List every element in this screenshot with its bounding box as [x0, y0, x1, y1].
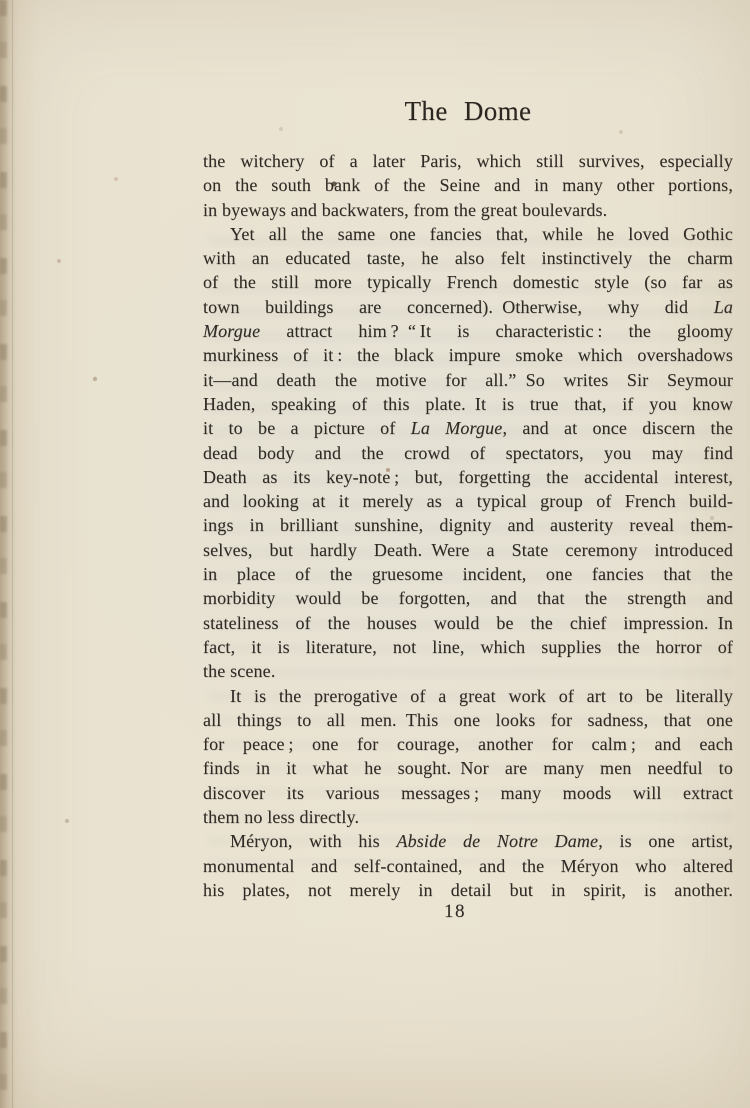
- text-line: and looking at it merely as a typical gr…: [203, 489, 733, 513]
- text-line: them no less directly.: [203, 805, 733, 829]
- text-line: his plates, not merely in detail but in …: [203, 878, 733, 902]
- text-line: It is the prerogative of a great work of…: [203, 684, 733, 708]
- text-line: stateliness of the houses would be the c…: [203, 611, 733, 635]
- text-line: with an educated taste, he also felt ins…: [203, 246, 733, 270]
- paragraph: Yet all the same one fancies that, while…: [203, 222, 733, 684]
- page-edge-rough: [0, 0, 7, 1108]
- paragraph: Méryon, with his Abside de Notre Dame, i…: [203, 829, 733, 902]
- text-line: morbidity would be forgotten, and that t…: [203, 586, 733, 610]
- text-line: in byeways and backwaters, from the grea…: [203, 198, 733, 222]
- text-line: dead body and the crowd of spectators, y…: [203, 441, 733, 465]
- text-line: the witchery of a later Paris, which sti…: [203, 149, 733, 173]
- text-line: Yet all the same one fancies that, while…: [203, 222, 733, 246]
- text-line: discover its various messages ; many moo…: [203, 781, 733, 805]
- paragraph: the witchery of a later Paris, which sti…: [203, 149, 733, 222]
- text-line: finds in it what he sought. Nor are many…: [203, 756, 733, 780]
- text-line: monumental and self-contained, and the M…: [203, 854, 733, 878]
- text-line: for peace ; one for courage, another for…: [203, 732, 733, 756]
- page-number: 18: [190, 901, 720, 923]
- text-line: Méryon, with his Abside de Notre Dame, i…: [203, 829, 733, 853]
- text-line: it to be a picture of La Morgue, and at …: [203, 416, 733, 440]
- paragraph: It is the prerogative of a great work of…: [203, 684, 733, 830]
- text-line: Haden, speaking of this plate. It is tru…: [203, 392, 733, 416]
- text-line: on the south bank of the Seine and in ma…: [203, 173, 733, 197]
- paper-specks: [0, 0, 2, 2]
- text-block: the witchery of a later Paris, which sti…: [203, 149, 733, 902]
- text-line: ings in brilliant sunshine, dignity and …: [203, 513, 733, 537]
- page-edge-line: [12, 0, 13, 1108]
- text-line: all things to all men. This one looks fo…: [203, 708, 733, 732]
- text-line: selves, but hardly Death. Were a State c…: [203, 538, 733, 562]
- text-line: it—and death the motive for all.” So wri…: [203, 368, 733, 392]
- page-title: The Dome: [203, 95, 733, 127]
- text-line: fact, it is literature, not line, which …: [203, 635, 733, 659]
- book-page: The Dome the witchery of a later Paris, …: [0, 0, 750, 1108]
- text-line: the scene.: [203, 659, 733, 683]
- text-line: Death as its key-note ; but, forgetting …: [203, 465, 733, 489]
- text-line: in place of the gruesome incident, one f…: [203, 562, 733, 586]
- text-line: town buildings are concerned). Otherwise…: [203, 295, 733, 319]
- text-line: of the still more typically French domes…: [203, 270, 733, 294]
- text-line: Morgue attract him ? “ It is characteris…: [203, 319, 733, 343]
- text-line: murkiness of it : the black impure smoke…: [203, 343, 733, 367]
